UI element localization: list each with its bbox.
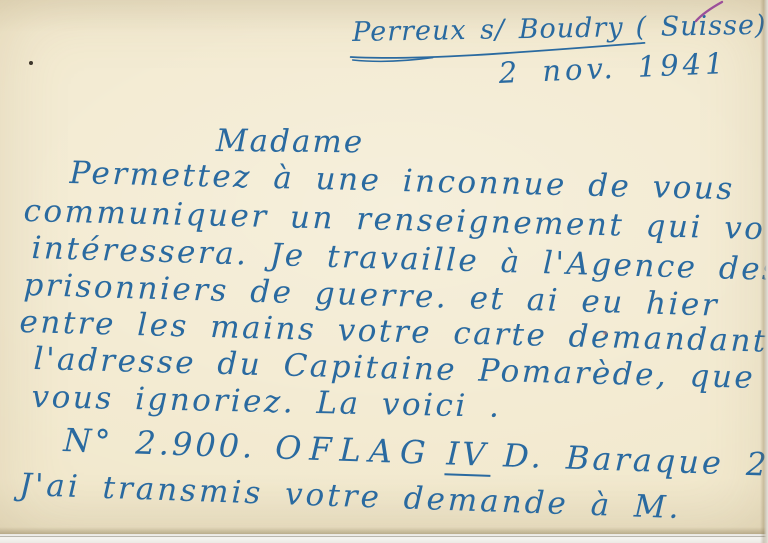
red-speck [603,331,607,335]
header-place-underlined: Perreux s/ Boudry [352,12,624,48]
salutation: Madame [216,124,365,159]
scanner-edge-line [0,536,768,537]
oflag-roman-numeral: IV [445,434,492,477]
header-date: 2 nov. 1941 [498,48,728,90]
oflag-label: OFLAG [275,428,435,472]
ink-speck [29,61,33,65]
postcard-scan: Perreux s/ Boudry( Suisse) 2 nov. 1941 M… [0,0,768,543]
body-line: vous ignoriez. La voici . [31,380,502,424]
camp-barrack: D. Baraque 29. [503,436,768,485]
card-bottom-edge [0,527,768,534]
prisoner-number: N° 2.900. [63,421,256,466]
card-right-edge [760,0,768,543]
stray-ink-mark [692,0,726,24]
